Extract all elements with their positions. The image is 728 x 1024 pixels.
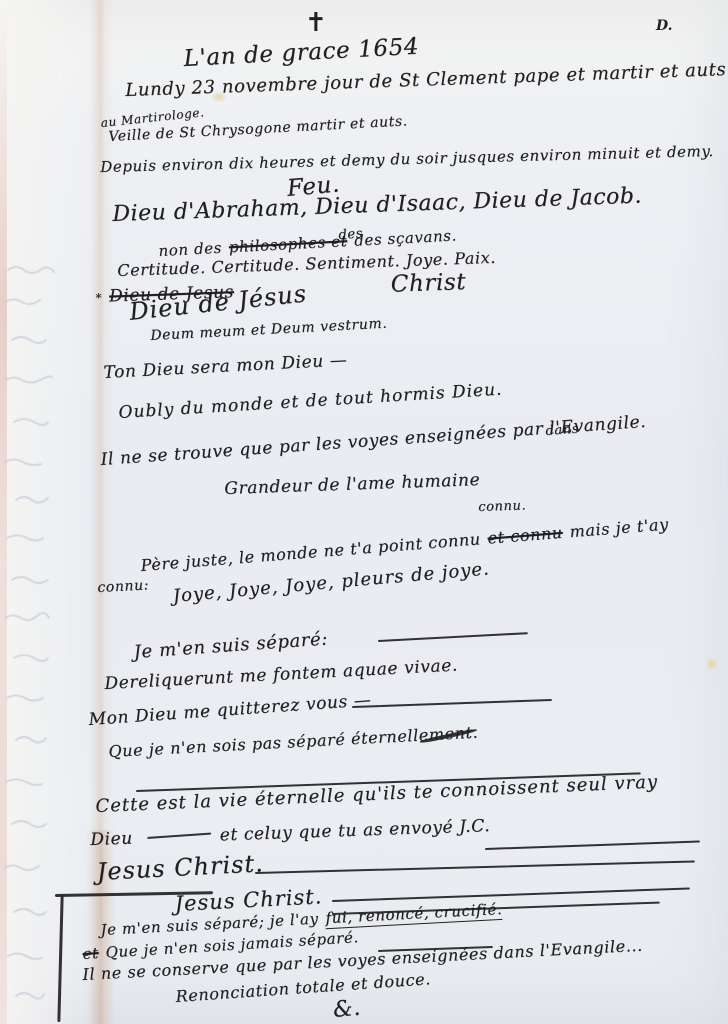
- line-ton-dieu: Ton Dieu sera mon Dieu —: [103, 350, 348, 383]
- line-vie-eternelle: Cette est la vie éternelle qu'ils te con…: [95, 771, 658, 817]
- ink-rule: [255, 860, 695, 874]
- text-fui-underlined: fui, renoncé, crucifié.: [325, 900, 503, 929]
- cross-mark: ✝: [305, 8, 327, 38]
- line-grandeur: Grandeur de l'ame humaine: [224, 470, 481, 499]
- line-abraham: Dieu d'Abraham, Dieu d'Isaac, Dieu de Ja…: [112, 184, 642, 227]
- line-separe1: Je m'en suis séparé:: [133, 628, 329, 663]
- ink-rule: [352, 699, 552, 708]
- ink-rule: [332, 888, 690, 902]
- bleedthrough-text: [2, 262, 98, 1018]
- manuscript-page: ✝ D. L'an de grace 1654 Lundy 23 novembr…: [0, 0, 728, 1024]
- line-trouve: Il ne se trouve que par les voyes enseig…: [100, 412, 647, 470]
- star-mark: *: [95, 291, 102, 305]
- text-envoye: et celuy que tu as envoyé J.C.: [219, 816, 490, 845]
- fox-spot: [706, 658, 718, 670]
- ink-rule: [485, 840, 700, 850]
- text-dieu: Dieu: [90, 829, 133, 850]
- text-pere-end: mais je t'ay: [569, 514, 669, 541]
- text-et-struck: et: [82, 944, 99, 963]
- folio-mark: D.: [656, 18, 673, 34]
- line-dieu-envoye: Dieuet celuy que tu as envoyé J.C.: [90, 816, 498, 850]
- text-jc-big: Christ: [390, 269, 466, 298]
- text-pere-struck: et connu: [487, 523, 564, 548]
- line-connu: connu:: [97, 577, 149, 596]
- line-depuis: Depuis environ dix heures et demy du soi…: [100, 142, 714, 176]
- correction-des: des: [338, 226, 363, 243]
- line-quitterez: Mon Dieu me quitterez vous —: [88, 690, 372, 730]
- line-oubly: Oubly du monde et de tout hormis Dieu.: [118, 380, 503, 423]
- line-jesus1: Jesus Christ.: [96, 849, 264, 886]
- etc-flourish: &.: [332, 996, 362, 1023]
- correction-connu: connu.: [478, 498, 526, 515]
- ink-dash: [148, 833, 212, 839]
- ink-rule: [378, 632, 528, 642]
- text-savans: des sçavans.: [354, 226, 458, 249]
- correction-dans: dans: [545, 422, 579, 439]
- line-date: L'an de grace 1654: [183, 34, 420, 72]
